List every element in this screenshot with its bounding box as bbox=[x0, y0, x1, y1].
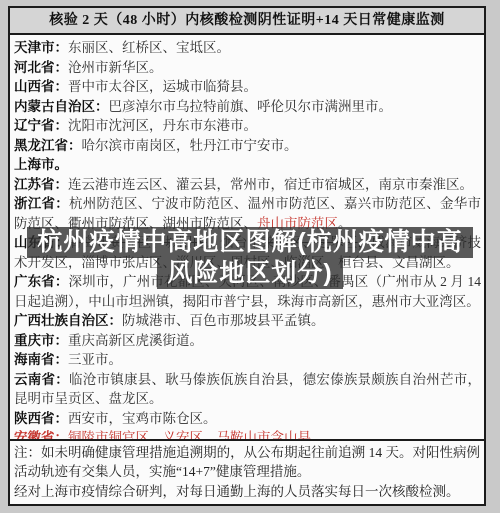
province-label: 江苏省： bbox=[14, 177, 68, 192]
province-row: 广西壮族自治区：防城港市、百色市那坡县平孟镇。 bbox=[14, 311, 481, 331]
province-label: 辽宁省： bbox=[14, 118, 68, 133]
region-text: 杭州防范区、宁波市防范区、温州市防范区、嘉兴市防范区、金华市防范区、衢州市防范区… bbox=[14, 196, 481, 231]
region-text: 重庆高新区虎溪街道。 bbox=[68, 333, 203, 348]
region-text: 临沧市镇康县、耿马傣族佤族自治县，德宏傣族景颇族自治州芒市，昆明市呈贡区、盘龙区… bbox=[14, 372, 481, 407]
province-row: 上海市。 bbox=[14, 155, 481, 175]
region-text: 哈尔滨市南岗区，牡丹江市宁安市。 bbox=[82, 138, 298, 153]
region-text: 沈阳市沈河区，丹东市东港市。 bbox=[68, 118, 257, 133]
province-row: 江苏省：连云港市连云区、灌云县，常州市，宿迁市宿城区，南京市秦淮区。 bbox=[14, 175, 481, 195]
province-label: 上海市。 bbox=[14, 157, 68, 172]
province-label: 海南省： bbox=[14, 352, 68, 367]
province-row: 内蒙古自治区：巴彦淖尔市乌拉特前旗、呼伦贝尔市满洲里市。 bbox=[14, 97, 481, 117]
province-label: 黑龙江省： bbox=[14, 138, 82, 153]
province-label: 重庆市： bbox=[14, 333, 68, 348]
watermark-line-1: 杭州疫情中高地区图解(杭州疫情中高 bbox=[27, 227, 472, 258]
province-row: 黑龙江省：哈尔滨市南岗区，牡丹江市宁安市。 bbox=[14, 136, 481, 156]
province-row: 海南省：三亚市。 bbox=[14, 350, 481, 370]
province-label: 广西壮族自治区： bbox=[14, 313, 122, 328]
province-label: 陕西省： bbox=[14, 411, 68, 426]
province-row: 陕西省：西安市，宝鸡市陈仓区。 bbox=[14, 409, 481, 429]
province-label: 天津市： bbox=[14, 40, 68, 55]
region-text: 沧州市新华区。 bbox=[68, 60, 163, 75]
region-text: 连云港市连云区、灌云县，常州市，宿迁市宿城区，南京市秦淮区。 bbox=[68, 177, 473, 192]
table-header-title: 核验 2 天（48 小时）内核酸检测阴性证明+14 天日常健康监测 bbox=[10, 8, 484, 35]
note-line-1: 注：如未明确健康管理措施追溯期的，从公布期起往前追溯 14 天。对阳性病例活动轨… bbox=[14, 443, 480, 482]
province-row: 云南省：临沧市镇康县、耿马傣族佤族自治县，德宏傣族景颇族自治州芒市，昆明市呈贡区… bbox=[14, 370, 481, 409]
region-text: 西安市，宝鸡市陈仓区。 bbox=[68, 411, 217, 426]
province-label: 内蒙古自治区： bbox=[14, 99, 109, 114]
note-line-2: 经对上海市疫情综合研判，对每日通勤上海的人员落实每日一次核酸检测。 bbox=[14, 482, 480, 502]
province-row: 山西省：晋中市太谷区，运城市临猗县。 bbox=[14, 77, 481, 97]
province-row: 河北省：沧州市新华区。 bbox=[14, 58, 481, 78]
region-text: 防城港市、百色市那坡县平孟镇。 bbox=[122, 313, 325, 328]
notes-section: 注：如未明确健康管理措施追溯期的，从公布期起往前追溯 14 天。对阳性病例活动轨… bbox=[10, 439, 484, 505]
province-row: 天津市：东丽区、红桥区、宝坻区。 bbox=[14, 38, 481, 58]
watermark-line-2: 风险地区划分) bbox=[157, 258, 342, 289]
province-label: 云南省： bbox=[14, 372, 69, 387]
region-text: 晋中市太谷区，运城市临猗县。 bbox=[68, 79, 257, 94]
region-text: 三亚市。 bbox=[68, 352, 122, 367]
province-row: 辽宁省：沈阳市沈河区，丹东市东港市。 bbox=[14, 116, 481, 136]
province-label: 河北省： bbox=[14, 60, 68, 75]
province-label: 山西省： bbox=[14, 79, 68, 94]
province-label: 浙江省： bbox=[14, 196, 69, 211]
region-text: 东丽区、红桥区、宝坻区。 bbox=[68, 40, 230, 55]
region-text: 巴彦淖尔市乌拉特前旗、呼伦贝尔市满洲里市。 bbox=[109, 99, 393, 114]
watermark-overlay: 杭州疫情中高地区图解(杭州疫情中高 风险地区划分) bbox=[0, 227, 500, 289]
province-row: 重庆市：重庆高新区虎溪街道。 bbox=[14, 331, 481, 351]
